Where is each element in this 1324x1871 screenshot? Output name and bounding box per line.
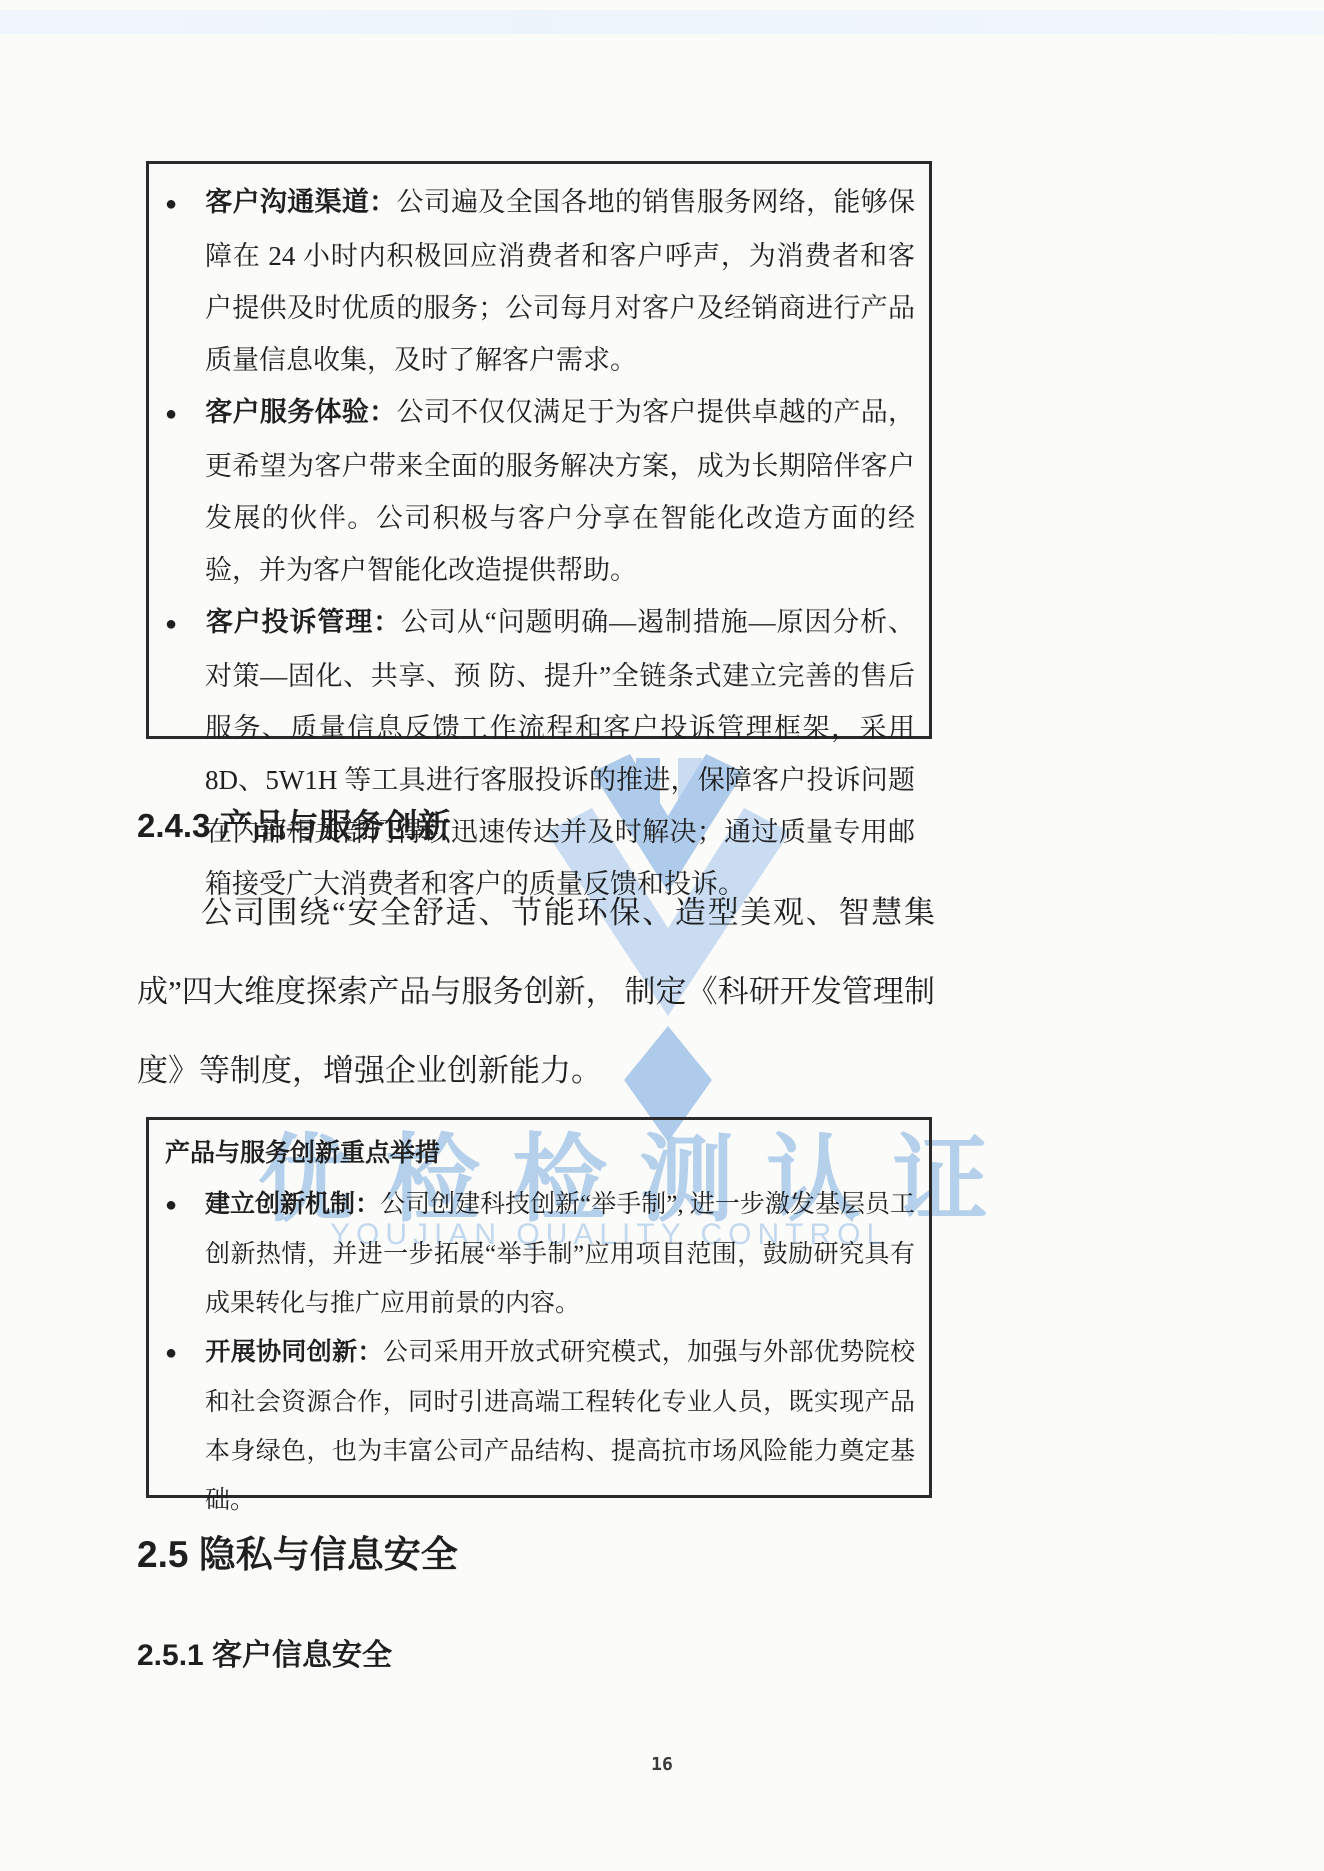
bullet-item-communication: ●客户沟通渠道：公司遍及全国各地的销售服务网络，能够保障在 24 小时内积极回应… [165, 176, 915, 386]
page-content: ●客户沟通渠道：公司遍及全国各地的销售服务网络，能够保障在 24 小时内积极回应… [0, 0, 1324, 1871]
bullet-item-service-experience: ●客户服务体验：公司不仅仅满足于为客户提供卓越的产品，更希望为客户带来全面的服务… [165, 386, 915, 596]
bullet-term: 客户沟通渠道： [205, 187, 396, 217]
innovation-paragraph: 公司围绕“安全舒适、节能环保、造型美观、智慧集成”四大维度探索产品与服务创新， … [137, 873, 935, 1110]
page-number: 16 [612, 1754, 712, 1775]
bullet-item-innovation-mechanism: ●建立创新机制：公司创建科技创新“举手制”, 进一步激发基层员工创新热情，并进一… [165, 1180, 915, 1328]
bullet-term: 客户服务体验： [205, 397, 396, 427]
bullet-dot-icon: ● [165, 1181, 205, 1230]
section-heading-25: 2.5 隐私与信息安全 [137, 1524, 937, 1578]
bullet-dot-icon: ● [165, 388, 205, 440]
bullet-dot-icon: ● [165, 1329, 205, 1378]
document-page: 优检检测认证 YOUJIAN QUALITY CONTROL ●客户沟通渠道：公… [0, 0, 1324, 1871]
bullet-text: 公司从“问题明确—遏制措施—原因分析、对策—固化、共享、预 防、提升”全链条式建… [205, 607, 915, 899]
customer-service-box: ●客户沟通渠道：公司遍及全国各地的销售服务网络，能够保障在 24 小时内积极回应… [146, 161, 932, 739]
bullet-item-collaborative-innovation: ●开展协同创新：公司采用开放式研究模式，加强与外部优势院校和社会资源合作，同时引… [165, 1328, 915, 1525]
bullet-term: 建立创新机制： [205, 1190, 380, 1218]
bullet-dot-icon: ● [165, 178, 205, 230]
box-header: 产品与服务创新重点举措 [165, 1136, 915, 1170]
bullet-dot-icon: ● [165, 598, 205, 650]
bullet-item-complaint-management: ●客户投诉管理：公司从“问题明确—遏制措施—原因分析、对策—固化、共享、预 防、… [165, 596, 915, 910]
section-heading-243: 2.4.3 产品与服务创新 [137, 800, 937, 847]
section-heading-251: 2.5.1 客户信息安全 [137, 1630, 937, 1674]
bullet-term: 客户投诉管理： [205, 607, 401, 637]
bullet-term: 开展协同创新： [205, 1338, 383, 1366]
innovation-measures-box: 产品与服务创新重点举措 ●建立创新机制：公司创建科技创新“举手制”, 进一步激发… [146, 1117, 932, 1498]
